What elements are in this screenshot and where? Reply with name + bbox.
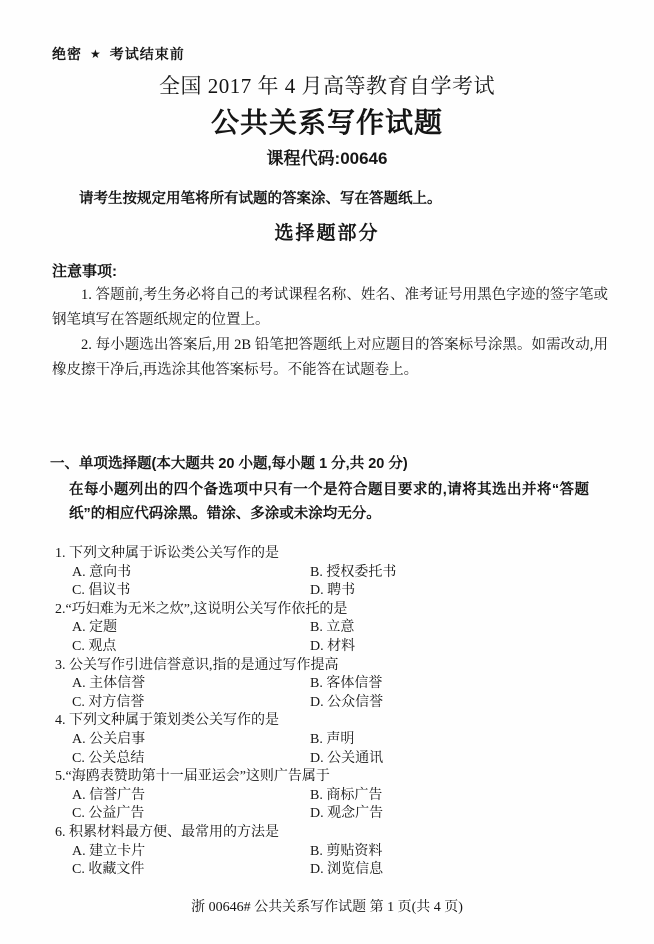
option-b: B. 剪贴资料 <box>310 843 603 862</box>
page-footer: 浙 00646# 公共关系写作试题 第 1 页(共 4 页) <box>0 896 654 916</box>
notice-item: 1. 答题前,考生务必将自己的考试课程名称、姓名、准考证号用黑色字迹的签字笔或钢… <box>52 283 608 333</box>
option-d: D. 浏览信息 <box>310 861 603 880</box>
star-icon: ★ <box>90 47 102 61</box>
question-block: 5.“海鸥表赞助第十一届亚运会”这则广告属于 A. 信誉广告 B. 商标广告 C… <box>55 768 603 824</box>
option-c: C. 收藏文件 <box>72 861 310 880</box>
option-b: B. 客体信誉 <box>310 675 603 694</box>
question-block: 2.“巧妇难为无米之炊”,这说明公关写作依托的是 A. 定题 B. 立意 C. … <box>55 601 603 657</box>
question-stem: 3. 公关写作引进信誉意识,指的是通过写作提高 <box>55 657 603 676</box>
exam-page: 绝密★考试结束前 全国 2017 年 4 月高等教育自学考试 公共关系写作试题 … <box>0 0 654 944</box>
option-a: A. 建立卡片 <box>72 843 310 862</box>
option-d: D. 观念广告 <box>310 805 603 824</box>
option-grid: A. 意向书 B. 授权委托书 C. 倡议书 D. 聘书 <box>55 564 603 601</box>
question-stem: 5.“海鸥表赞助第十一届亚运会”这则广告属于 <box>55 768 603 787</box>
part-title: 选择题部分 <box>0 218 654 245</box>
option-grid: A. 公关启事 B. 声明 C. 公关总结 D. 公关通讯 <box>55 731 603 768</box>
section-heading: 一、单项选择题(本大题共 20 小题,每小题 1 分,共 20 分) <box>50 452 612 476</box>
option-grid: A. 信誉广告 B. 商标广告 C. 公益广告 D. 观念广告 <box>55 787 603 824</box>
option-d: D. 公众信誉 <box>310 694 603 713</box>
option-c: C. 倡议书 <box>72 582 310 601</box>
option-a: A. 公关启事 <box>72 731 310 750</box>
option-grid: A. 主体信誉 B. 客体信誉 C. 对方信誉 D. 公众信誉 <box>55 675 603 712</box>
option-a: A. 主体信誉 <box>72 675 310 694</box>
section-one: 一、单项选择题(本大题共 20 小题,每小题 1 分,共 20 分) 在每小题列… <box>50 452 612 526</box>
option-a: A. 意向书 <box>72 564 310 583</box>
course-code: 课程代码:00646 <box>0 144 654 169</box>
question-block: 1. 下列文种属于诉讼类公关写作的是 A. 意向书 B. 授权委托书 C. 倡议… <box>55 545 603 601</box>
option-d: D. 公关通讯 <box>310 750 603 769</box>
option-c: C. 公关总结 <box>72 750 310 769</box>
question-stem: 1. 下列文种属于诉讼类公关写作的是 <box>55 545 603 564</box>
option-grid: A. 定题 B. 立意 C. 观点 D. 材料 <box>55 619 603 656</box>
pen-instruction: 请考生按规定用笔将所有试题的答案涂、写在答题纸上。 <box>79 187 442 208</box>
question-stem: 6. 积累材料最方便、最常用的方法是 <box>55 824 603 843</box>
option-c: C. 对方信誉 <box>72 694 310 713</box>
classification-line: 绝密★考试结束前 <box>52 44 185 64</box>
option-c: C. 观点 <box>72 638 310 657</box>
option-b: B. 商标广告 <box>310 787 603 806</box>
notice-list: 1. 答题前,考生务必将自己的考试课程名称、姓名、准考证号用黑色字迹的签字笔或钢… <box>52 283 608 383</box>
option-grid: A. 建立卡片 B. 剪贴资料 C. 收藏文件 D. 浏览信息 <box>55 843 603 880</box>
exam-name-title: 全国 2017 年 4 月高等教育自学考试 <box>0 70 654 100</box>
option-c: C. 公益广告 <box>72 805 310 824</box>
section-instruction: 在每小题列出的四个备选项中只有一个是符合题目要求的,请将其选出并将“答题纸”的相… <box>50 479 589 526</box>
paper-title: 公共关系写作试题 <box>0 101 654 141</box>
question-block: 6. 积累材料最方便、最常用的方法是 A. 建立卡片 B. 剪贴资料 C. 收藏… <box>55 824 603 880</box>
classification-label: 绝密 <box>52 46 82 62</box>
option-d: D. 材料 <box>310 638 603 657</box>
option-b: B. 声明 <box>310 731 603 750</box>
question-stem: 4. 下列文种属于策划类公关写作的是 <box>55 712 603 731</box>
question-block: 3. 公关写作引进信誉意识,指的是通过写作提高 A. 主体信誉 B. 客体信誉 … <box>55 657 603 713</box>
question-stem: 2.“巧妇难为无米之炊”,这说明公关写作依托的是 <box>55 601 603 620</box>
option-d: D. 聘书 <box>310 582 603 601</box>
option-a: A. 信誉广告 <box>72 787 310 806</box>
question-list: 1. 下列文种属于诉讼类公关写作的是 A. 意向书 B. 授权委托书 C. 倡议… <box>55 545 603 880</box>
option-a: A. 定题 <box>72 619 310 638</box>
notice-item: 2. 每小题选出答案后,用 2B 铅笔把答题纸上对应题目的答案标号涂黑。如需改动… <box>52 333 608 383</box>
notice-title: 注意事项: <box>52 260 117 281</box>
session-note: 考试结束前 <box>110 46 185 62</box>
option-b: B. 立意 <box>310 619 603 638</box>
question-block: 4. 下列文种属于策划类公关写作的是 A. 公关启事 B. 声明 C. 公关总结… <box>55 712 603 768</box>
option-b: B. 授权委托书 <box>310 564 603 583</box>
